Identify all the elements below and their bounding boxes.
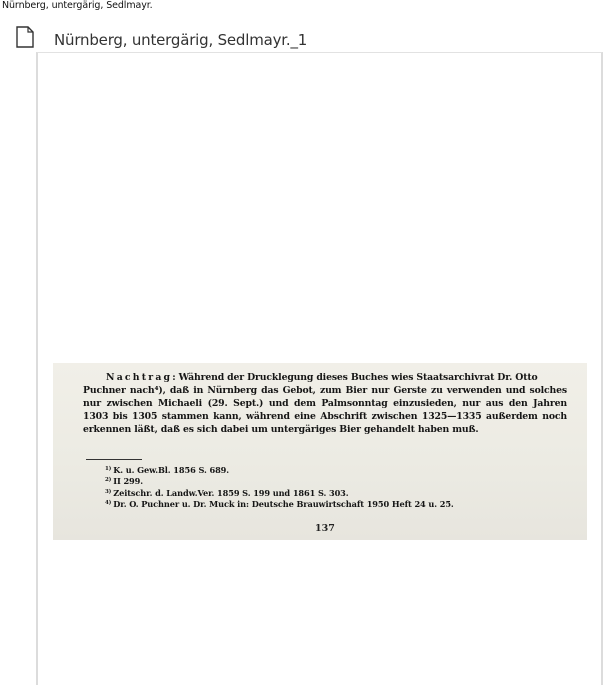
window-title: Nürnberg, untergärig, Sedlmayr. (2, 0, 153, 12)
scan-line-3: nur zwischen Michaeli (29. Sept.) und de… (83, 398, 567, 410)
document-header: Nürnberg, untergärig, Sedlmayr._1 (16, 26, 596, 54)
scan-line-4: 1303 bis 1305 stammen kann, während eine… (83, 411, 567, 423)
scanned-page-image: Nachtrag: Während der Drucklegung dieses… (53, 363, 587, 540)
page-number: 137 (315, 523, 335, 534)
footnote-2: 2)II 299. (105, 475, 143, 487)
footnote-rule (86, 459, 142, 460)
footnote-4: 4)Dr. O. Puchner u. Dr. Muck in: Deutsch… (105, 498, 454, 510)
document-icon (16, 26, 34, 48)
heading-word: Nachtrag (106, 372, 172, 383)
scan-line-1: Nachtrag: Während der Drucklegung dieses… (106, 372, 567, 384)
document-name[interactable]: Nürnberg, untergärig, Sedlmayr._1 (54, 30, 307, 50)
scan-line-2: Puchner nach⁴), daß in Nürnberg das Gebo… (83, 385, 567, 397)
scan-line-5: erkennen läßt, daß es sich dabei um unte… (83, 424, 567, 436)
